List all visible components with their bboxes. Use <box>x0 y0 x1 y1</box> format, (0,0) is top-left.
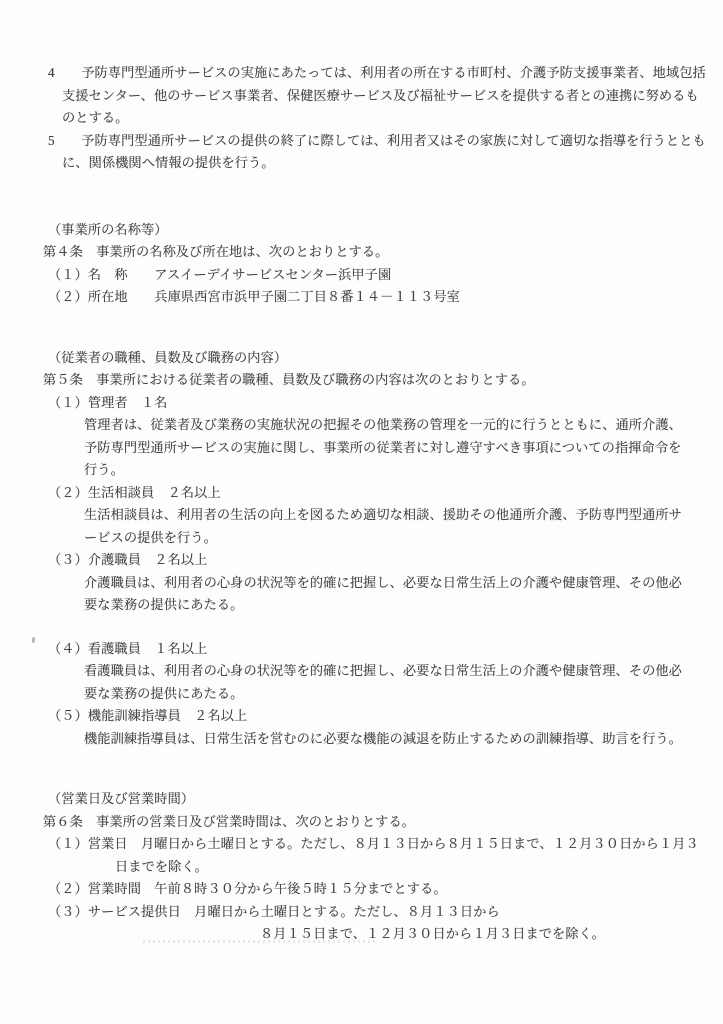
text-line-24: 要な業務の提供にあたる。 <box>0 683 723 706</box>
text-line-32: （３）サービス提供日 月曜日から土曜日とする。ただし、８月１３日から <box>0 901 723 924</box>
text-line-30: 日までを除く。 <box>0 856 723 879</box>
text-line-5: に、関係機関へ情報の提供を行う。 <box>0 152 723 175</box>
text-line-1: 4 予防専門型通所サービスの実施にあたっては、利用者の所在する市町村、介護予防支… <box>0 62 723 85</box>
document-body: 4 予防専門型通所サービスの実施にあたっては、利用者の所在する市町村、介護予防支… <box>0 62 723 946</box>
text-line-21: 要な業務の提供にあたる。 <box>0 594 723 617</box>
text-line-9: （２）所在地 兵庫県西宮市浜甲子園二丁目８番１４－１１３号室 <box>0 286 723 309</box>
text-line-31: （２）営業時間 午前８時３０分から午後５時１５分までとする。 <box>0 878 723 901</box>
text-line-16: （２）生活相談員 ２名以上 <box>0 482 723 505</box>
text-line-10: （従業者の職種、員数及び職務の内容） <box>0 347 723 370</box>
text-line-26: 機能訓練指導員は、日常生活を営むのに必要な機能の減退を防止するための訓練指導、助… <box>0 728 723 751</box>
text-line-25: （５）機能訓練指導員 ２名以上 <box>0 705 723 728</box>
text-line-22: （４）看護職員 １名以上 <box>0 638 723 661</box>
text-line-6: （事業所の名称等） <box>0 219 723 242</box>
scanned-document-page: 4 予防専門型通所サービスの実施にあたっては、利用者の所在する市町村、介護予防支… <box>0 0 723 1024</box>
text-line-27: （営業日及び営業時間） <box>0 788 723 811</box>
text-line-23: 看護職員は、利用者の心身の状況等を的確に把握し、必要な日常生活上の介護や健康管理… <box>0 660 723 683</box>
text-line-20: 介護職員は、利用者の心身の状況等を的確に把握し、必要な日常生活上の介護や健康管理… <box>0 572 723 595</box>
text-line-8: （１）名 称 アスイーデイサービスセンター浜甲子園 <box>0 264 723 287</box>
text-line-29: （１）営業日 月曜日から土曜日とする。ただし、８月１３日から８月１５日まで、１２… <box>0 833 723 856</box>
scan-noise-band <box>143 940 378 943</box>
text-line-17: 生活相談員は、利用者の生活の向上を図るため適切な相談、援助その他通所介護、予防専… <box>0 504 723 527</box>
text-line-7: 第４条 事業所の名称及び所在地は、次のとおりとする。 <box>0 241 723 264</box>
text-line-28: 第６条 事業所の営業日及び営業時間は、次のとおりとする。 <box>0 811 723 834</box>
text-line-11: 第５条 事業所における従業者の職種、員数及び職務の内容は次のとおりとする。 <box>0 369 723 392</box>
text-line-18: ービスの提供を行う。 <box>0 527 723 550</box>
text-line-2: 支援センター、他のサービス事業者、保健医療サービス及び福祉サービスを提供する者と… <box>0 85 723 108</box>
text-line-13: 管理者は、従業者及び業務の実施状況の把握その他業務の管理を一元的に行うとともに、… <box>0 414 723 437</box>
text-line-14: 予防専門型通所サービスの実施に関し、事業所の従業者に対し遵守すべき事項についての… <box>0 437 723 460</box>
text-line-19: （３）介護職員 ２名以上 <box>0 549 723 572</box>
text-line-4: 5 予防専門型通所サービスの提供の終了に際しては、利用者又はその家族に対して適切… <box>0 130 723 153</box>
text-line-3: のとする。 <box>0 107 723 130</box>
text-line-15: 行う。 <box>0 459 723 482</box>
text-line-12: （１）管理者 １名 <box>0 392 723 415</box>
